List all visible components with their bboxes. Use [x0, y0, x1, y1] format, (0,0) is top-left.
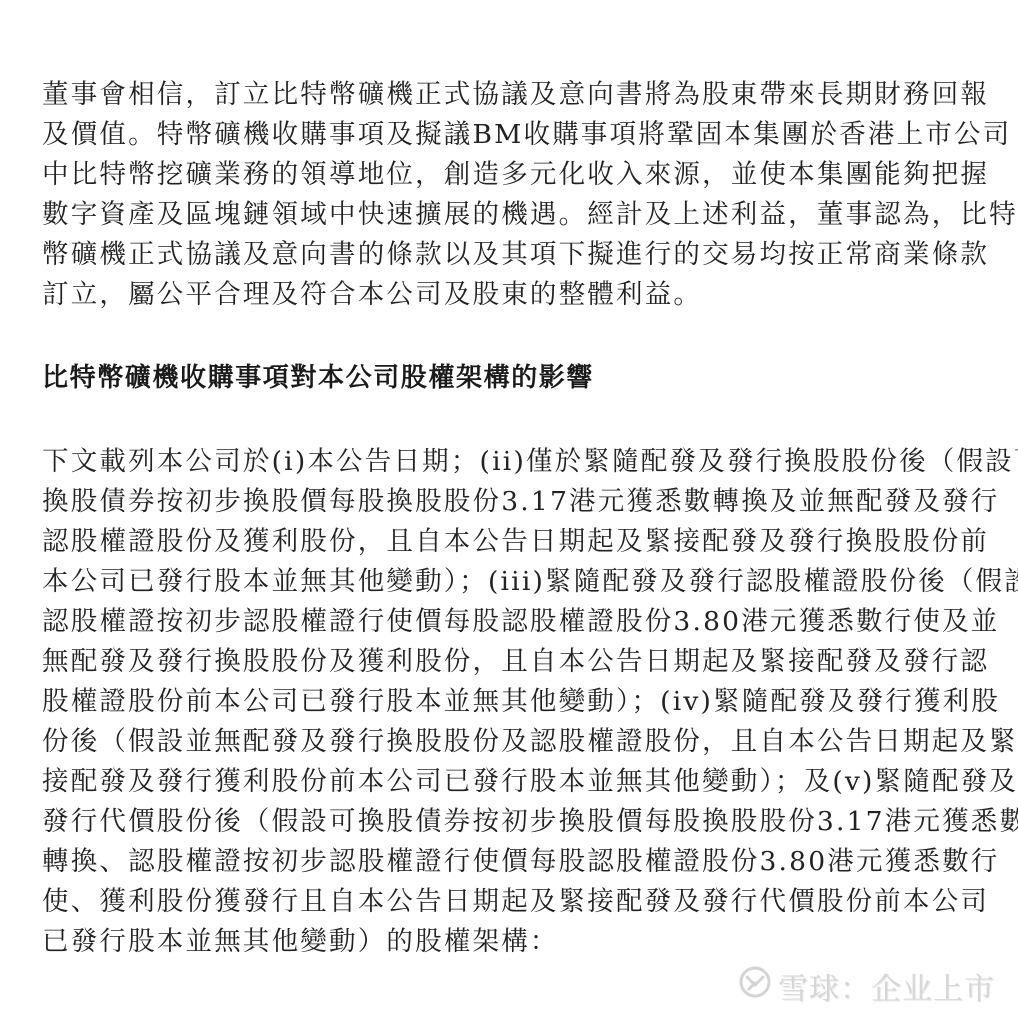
- text-line: 發行代價股份後（假設可換股債券按初步換股價每股換股股份3.17港元獲悉數: [42, 802, 972, 842]
- text-line: 使、獲利股份獲發行且自本公告日期起及緊接配發及發行代價股份前本公司: [42, 882, 972, 922]
- watermark: 雪球：企业上市: [738, 966, 995, 1006]
- text-line: 認股權證按初步認股權證行使價每股認股權證股份3.80港元獲悉數行使及並: [42, 602, 972, 642]
- text-line: 中比特幣挖礦業務的領導地位，創造多元化收入來源，並使本集團能夠把握: [42, 155, 972, 195]
- text-line: 轉換、認股權證按初步認股權證行使價每股認股權證股份3.80港元獲悉數行: [42, 842, 972, 882]
- section-heading: 比特幣礦機收購事項對本公司股權架構的影響: [42, 358, 594, 398]
- text-line: 份後（假設並無配發及發行換股股份及認股權證股份，且自本公告日期起及緊: [42, 722, 972, 762]
- text-line: 換股債券按初步換股價每股換股股份3.17港元獲悉數轉換及並無配發及發行: [42, 482, 972, 522]
- text-line: 已發行股本並無其他變動）的股權架構：: [42, 922, 972, 962]
- text-line: 董事會相信，訂立比特幣礦機正式協議及意向書將為股東帶來長期財務回報: [42, 75, 972, 115]
- text-line: 認股權證股份及獲利股份，且自本公告日期起及緊接配發及發行換股股份前: [42, 522, 972, 562]
- text-line: 接配發及發行獲利股份前本公司已發行股本並無其他變動）；及(v)緊隨配發及: [42, 762, 972, 802]
- text-line: 股權證股份前本公司已發行股本並無其他變動）；(iv)緊隨配發及發行獲利股: [42, 682, 972, 722]
- text-line: 訂立，屬公平合理及符合本公司及股東的整體利益。: [42, 275, 972, 315]
- text-line: 下文載列本公司於(i)本公告日期；(ii)僅於緊隨配發及發行換股股份後（假設可: [42, 442, 972, 482]
- text-line: 數字資產及區塊鏈領域中快速擴展的機遇。經計及上述利益，董事認為，比特: [42, 195, 972, 235]
- text-line: 及價值。特幣礦機收購事項及擬議BM收購事項將鞏固本集團於香港上市公司: [42, 115, 972, 155]
- text-line: 本公司已發行股本並無其他變動）；(iii)緊隨配發及發行認股權證股份後（假設: [42, 562, 972, 602]
- text-line: 幣礦機正式協議及意向書的條款以及其項下擬進行的交易均按正常商業條款: [42, 235, 972, 275]
- text-line: 無配發及發行換股股份及獲利股份，且自本公告日期起及緊接配發及發行認: [42, 642, 972, 682]
- snowball-logo-icon: [738, 965, 772, 1007]
- watermark-text: 雪球：企业上市: [778, 964, 995, 1008]
